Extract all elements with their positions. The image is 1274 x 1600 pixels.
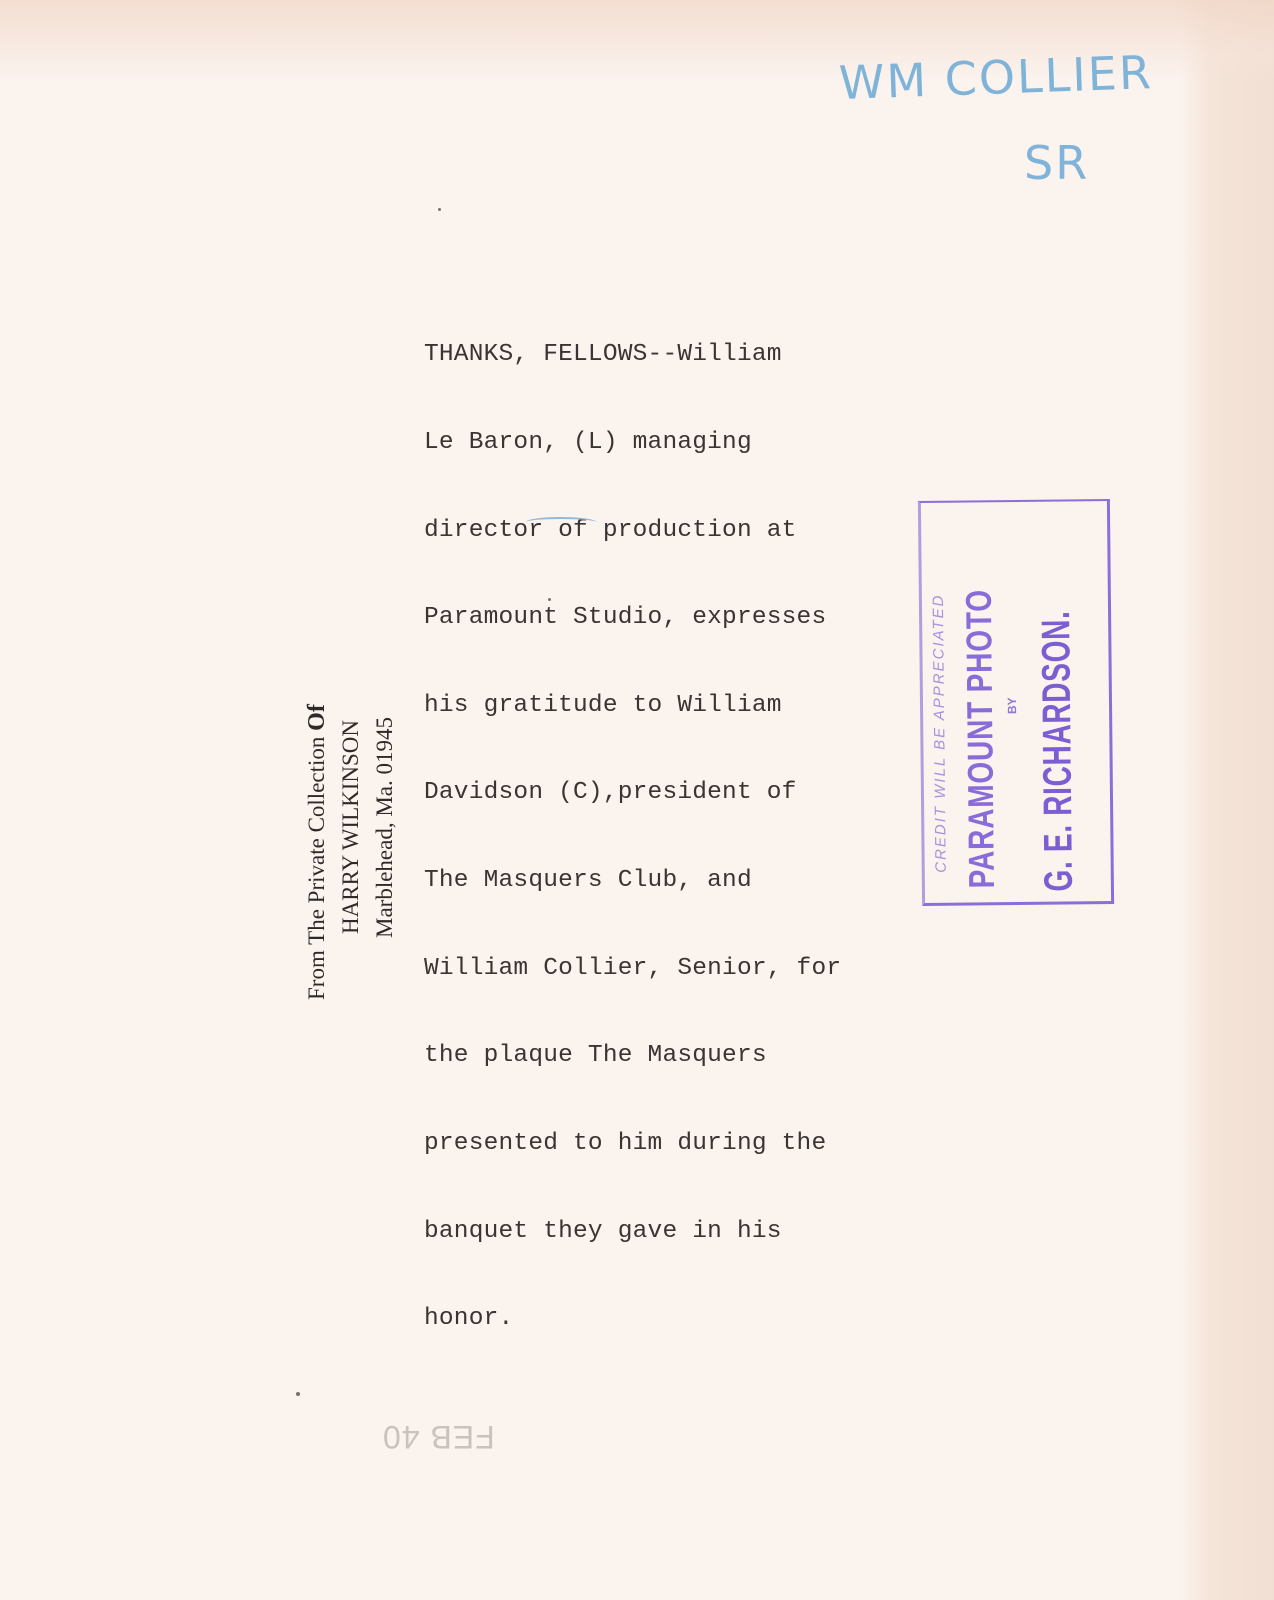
paramount-credit-stamp: CREDIT WILL BE APPRECIATED PARAMOUNT PHO… (918, 499, 1114, 906)
stamp-photographer: G. E. RICHARDSON. (1034, 610, 1082, 891)
caption-line: THANKS, FELLOWS--William (424, 340, 841, 369)
collection-of: Of (304, 704, 330, 731)
caption-line: his gratitude to William (424, 691, 841, 720)
collector-address: Marblehead, Ma. 01945 (368, 600, 402, 1000)
paper-speck (548, 598, 551, 601)
caption-line: honor. (424, 1304, 841, 1333)
handwritten-name: WM COLLIER (838, 45, 1154, 110)
collector-name: HARRY WILKINSON (334, 600, 368, 1000)
paper-speck (438, 208, 441, 211)
paper-speck (296, 1392, 300, 1396)
handwritten-suffix: SR (1024, 136, 1089, 190)
caption-line: the plaque The Masquers (424, 1041, 841, 1070)
caption-line: The Masquers Club, and (424, 866, 841, 895)
caption-line: William Collier, Senior, for (424, 954, 841, 983)
typed-caption: THANKS, FELLOWS--William Le Baron, (L) m… (424, 282, 841, 1363)
caption-line: Davidson (C),president of (424, 778, 841, 807)
collection-line-1: From The Private Collection Of (300, 600, 334, 1000)
caption-line: banquet they gave in his (424, 1217, 841, 1246)
caption-line: Paramount Studio, expresses (424, 603, 841, 632)
date-stamp: FEB 40 (382, 1418, 495, 1455)
caption-line: presented to him during the (424, 1129, 841, 1158)
pen-underline-mark (526, 517, 596, 527)
stamp-agency: PARAMOUNT PHOTO (958, 589, 1003, 889)
collection-prefix: From The Private Collection (304, 737, 329, 1000)
caption-line: Le Baron, (L) managing (424, 428, 841, 457)
stamp-text-block: CREDIT WILL BE APPRECIATED PARAMOUNT PHO… (921, 501, 1111, 903)
private-collection-stamp: From The Private Collection Of HARRY WIL… (300, 600, 402, 1000)
stamp-by: BY (1005, 697, 1019, 714)
caption-line: director of production at (424, 516, 841, 545)
stamp-credit-line: CREDIT WILL BE APPRECIATED (930, 593, 950, 872)
